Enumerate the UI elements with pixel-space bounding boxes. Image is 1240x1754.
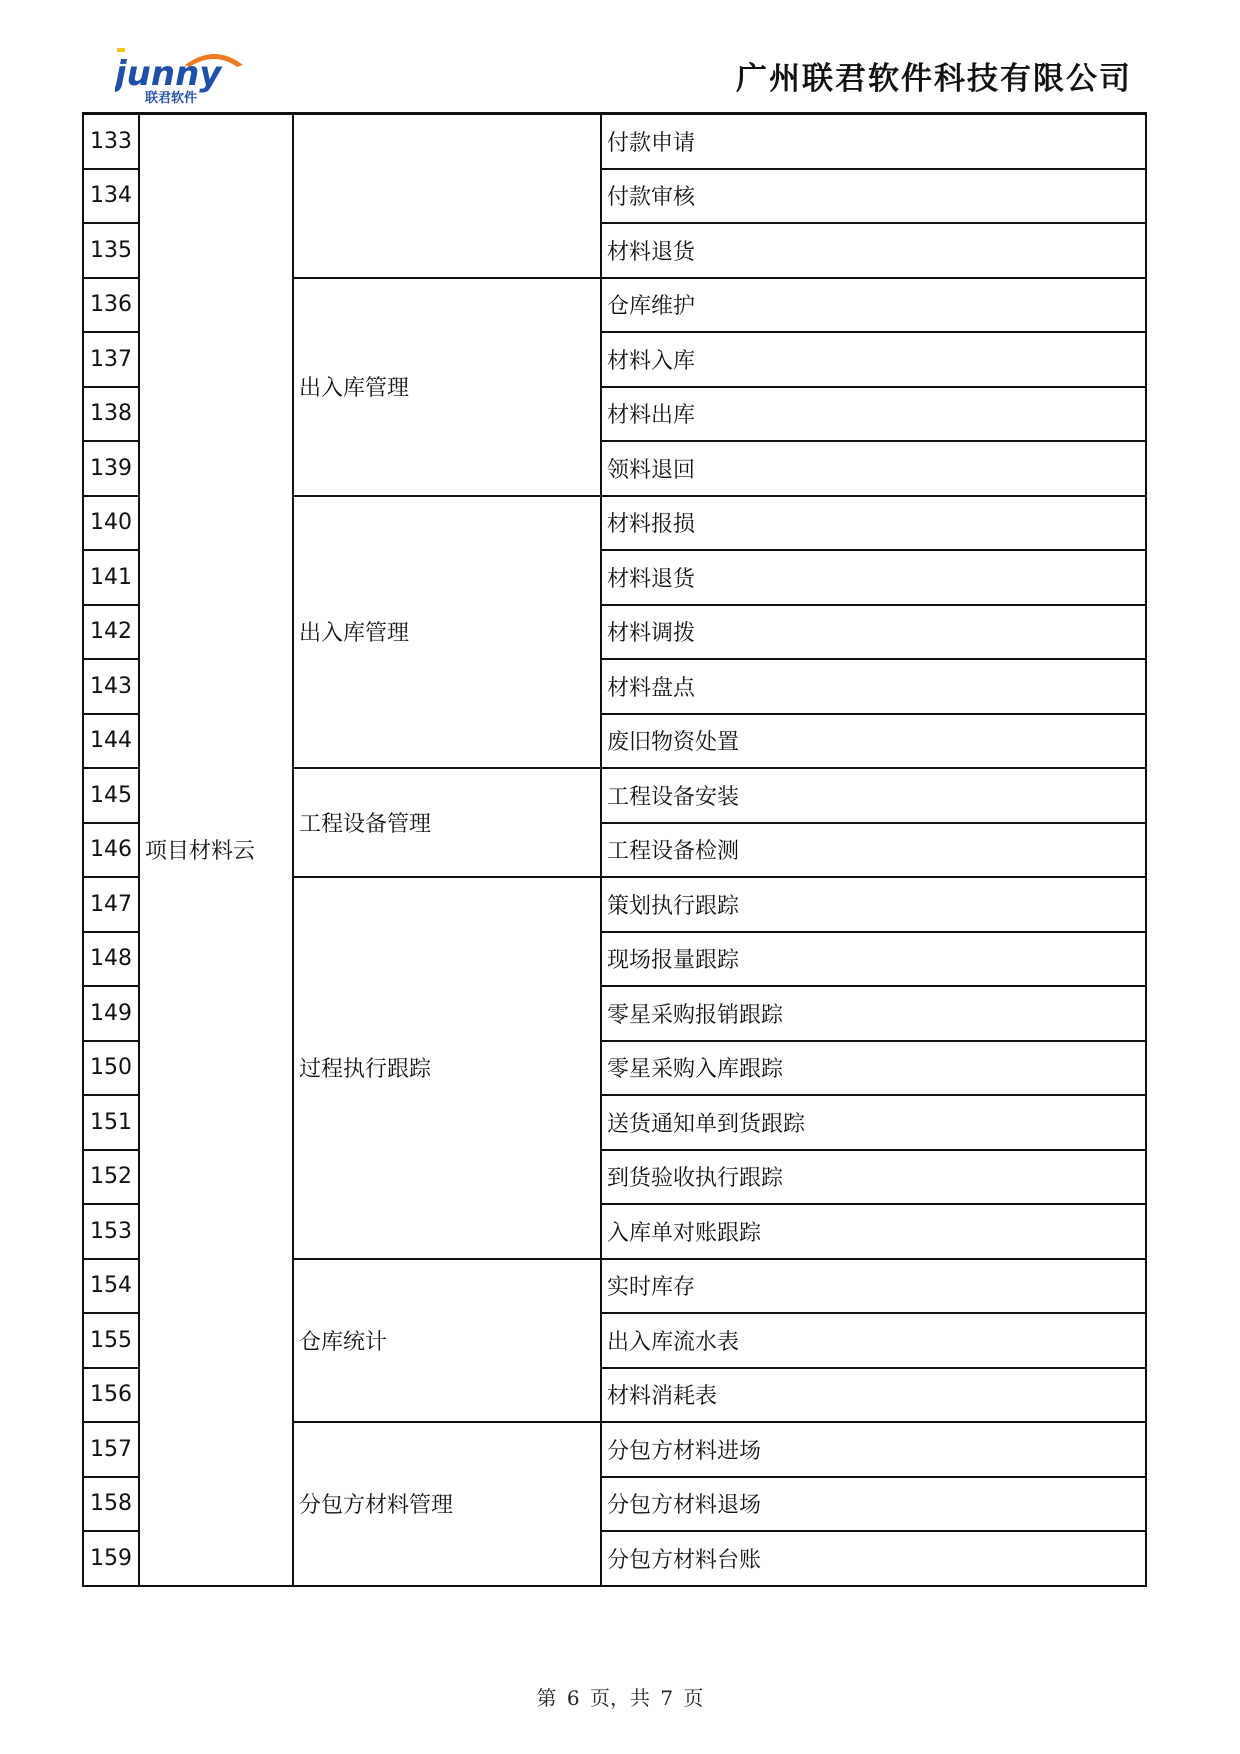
feature-name-cell: 付款申请 bbox=[601, 114, 1146, 169]
feature-name-cell: 实时库存 bbox=[601, 1259, 1146, 1314]
row-number: 156 bbox=[83, 1368, 139, 1423]
feature-name-cell: 材料退货 bbox=[601, 550, 1146, 605]
row-number: 145 bbox=[83, 768, 139, 823]
feature-name-cell: 分包方材料进场 bbox=[601, 1422, 1146, 1477]
category-cell: 过程执行跟踪 bbox=[293, 877, 601, 1259]
row-number: 141 bbox=[83, 550, 139, 605]
feature-name-cell: 现场报量跟踪 bbox=[601, 932, 1146, 987]
category-cell: 出入库管理 bbox=[293, 278, 601, 496]
row-number: 159 bbox=[83, 1531, 139, 1586]
category-cell: 仓库统计 bbox=[293, 1259, 601, 1423]
row-number: 157 bbox=[83, 1422, 139, 1477]
feature-name-cell: 材料调拨 bbox=[601, 605, 1146, 660]
row-number: 133 bbox=[83, 114, 139, 169]
feature-name-cell: 策划执行跟踪 bbox=[601, 877, 1146, 932]
row-number: 154 bbox=[83, 1259, 139, 1314]
row-number: 138 bbox=[83, 387, 139, 442]
row-number: 150 bbox=[83, 1041, 139, 1096]
feature-table: 133项目材料云付款申请134付款审核135材料退货136出入库管理仓库维护13… bbox=[82, 112, 1147, 1587]
category-cell bbox=[293, 114, 601, 278]
row-number: 152 bbox=[83, 1150, 139, 1205]
feature-name-cell: 分包方材料台账 bbox=[601, 1531, 1146, 1586]
row-number: 151 bbox=[83, 1095, 139, 1150]
feature-name-cell: 零星采购报销跟踪 bbox=[601, 986, 1146, 1041]
row-number: 153 bbox=[83, 1204, 139, 1259]
category-cell: 出入库管理 bbox=[293, 496, 601, 769]
junny-logo-icon: junny 联君软件 bbox=[115, 45, 265, 105]
company-name: 广州联君软件科技有限公司 bbox=[736, 53, 1132, 98]
row-number: 158 bbox=[83, 1477, 139, 1532]
feature-name-cell: 领料退回 bbox=[601, 441, 1146, 496]
feature-name-cell: 零星采购入库跟踪 bbox=[601, 1041, 1146, 1096]
feature-name-cell: 材料退货 bbox=[601, 223, 1146, 278]
feature-name-cell: 出入库流水表 bbox=[601, 1313, 1146, 1368]
row-number: 142 bbox=[83, 605, 139, 660]
row-number: 148 bbox=[83, 932, 139, 987]
row-number: 135 bbox=[83, 223, 139, 278]
feature-name-cell: 分包方材料退场 bbox=[601, 1477, 1146, 1532]
feature-name-cell: 工程设备安装 bbox=[601, 768, 1146, 823]
table-row: 133项目材料云付款申请 bbox=[83, 114, 1146, 169]
row-number: 140 bbox=[83, 496, 139, 551]
feature-name-cell: 工程设备检测 bbox=[601, 823, 1146, 878]
feature-name-cell: 材料入库 bbox=[601, 332, 1146, 387]
feature-name-cell: 入库单对账跟踪 bbox=[601, 1204, 1146, 1259]
logo-text: junny bbox=[115, 54, 223, 94]
company-logo: junny 联君软件 bbox=[115, 45, 265, 105]
feature-name-cell: 付款审核 bbox=[601, 169, 1146, 224]
feature-name-cell: 材料盘点 bbox=[601, 659, 1146, 714]
row-number: 155 bbox=[83, 1313, 139, 1368]
row-number: 139 bbox=[83, 441, 139, 496]
category-cell: 工程设备管理 bbox=[293, 768, 601, 877]
feature-name-cell: 材料报损 bbox=[601, 496, 1146, 551]
row-number: 144 bbox=[83, 714, 139, 769]
module-cell: 项目材料云 bbox=[139, 114, 293, 1586]
row-number: 143 bbox=[83, 659, 139, 714]
row-number: 147 bbox=[83, 877, 139, 932]
feature-name-cell: 仓库维护 bbox=[601, 278, 1146, 333]
feature-name-cell: 材料消耗表 bbox=[601, 1368, 1146, 1423]
feature-name-cell: 送货通知单到货跟踪 bbox=[601, 1095, 1146, 1150]
logo-subtext: 联君软件 bbox=[145, 90, 197, 105]
row-number: 149 bbox=[83, 986, 139, 1041]
feature-name-cell: 到货验收执行跟踪 bbox=[601, 1150, 1146, 1205]
row-number: 136 bbox=[83, 278, 139, 333]
feature-name-cell: 废旧物资处置 bbox=[601, 714, 1146, 769]
category-cell: 分包方材料管理 bbox=[293, 1422, 601, 1586]
feature-name-cell: 材料出库 bbox=[601, 387, 1146, 442]
row-number: 137 bbox=[83, 332, 139, 387]
page-number: 第 6 页，共 7 页 bbox=[0, 1682, 1240, 1711]
row-number: 146 bbox=[83, 823, 139, 878]
row-number: 134 bbox=[83, 169, 139, 224]
